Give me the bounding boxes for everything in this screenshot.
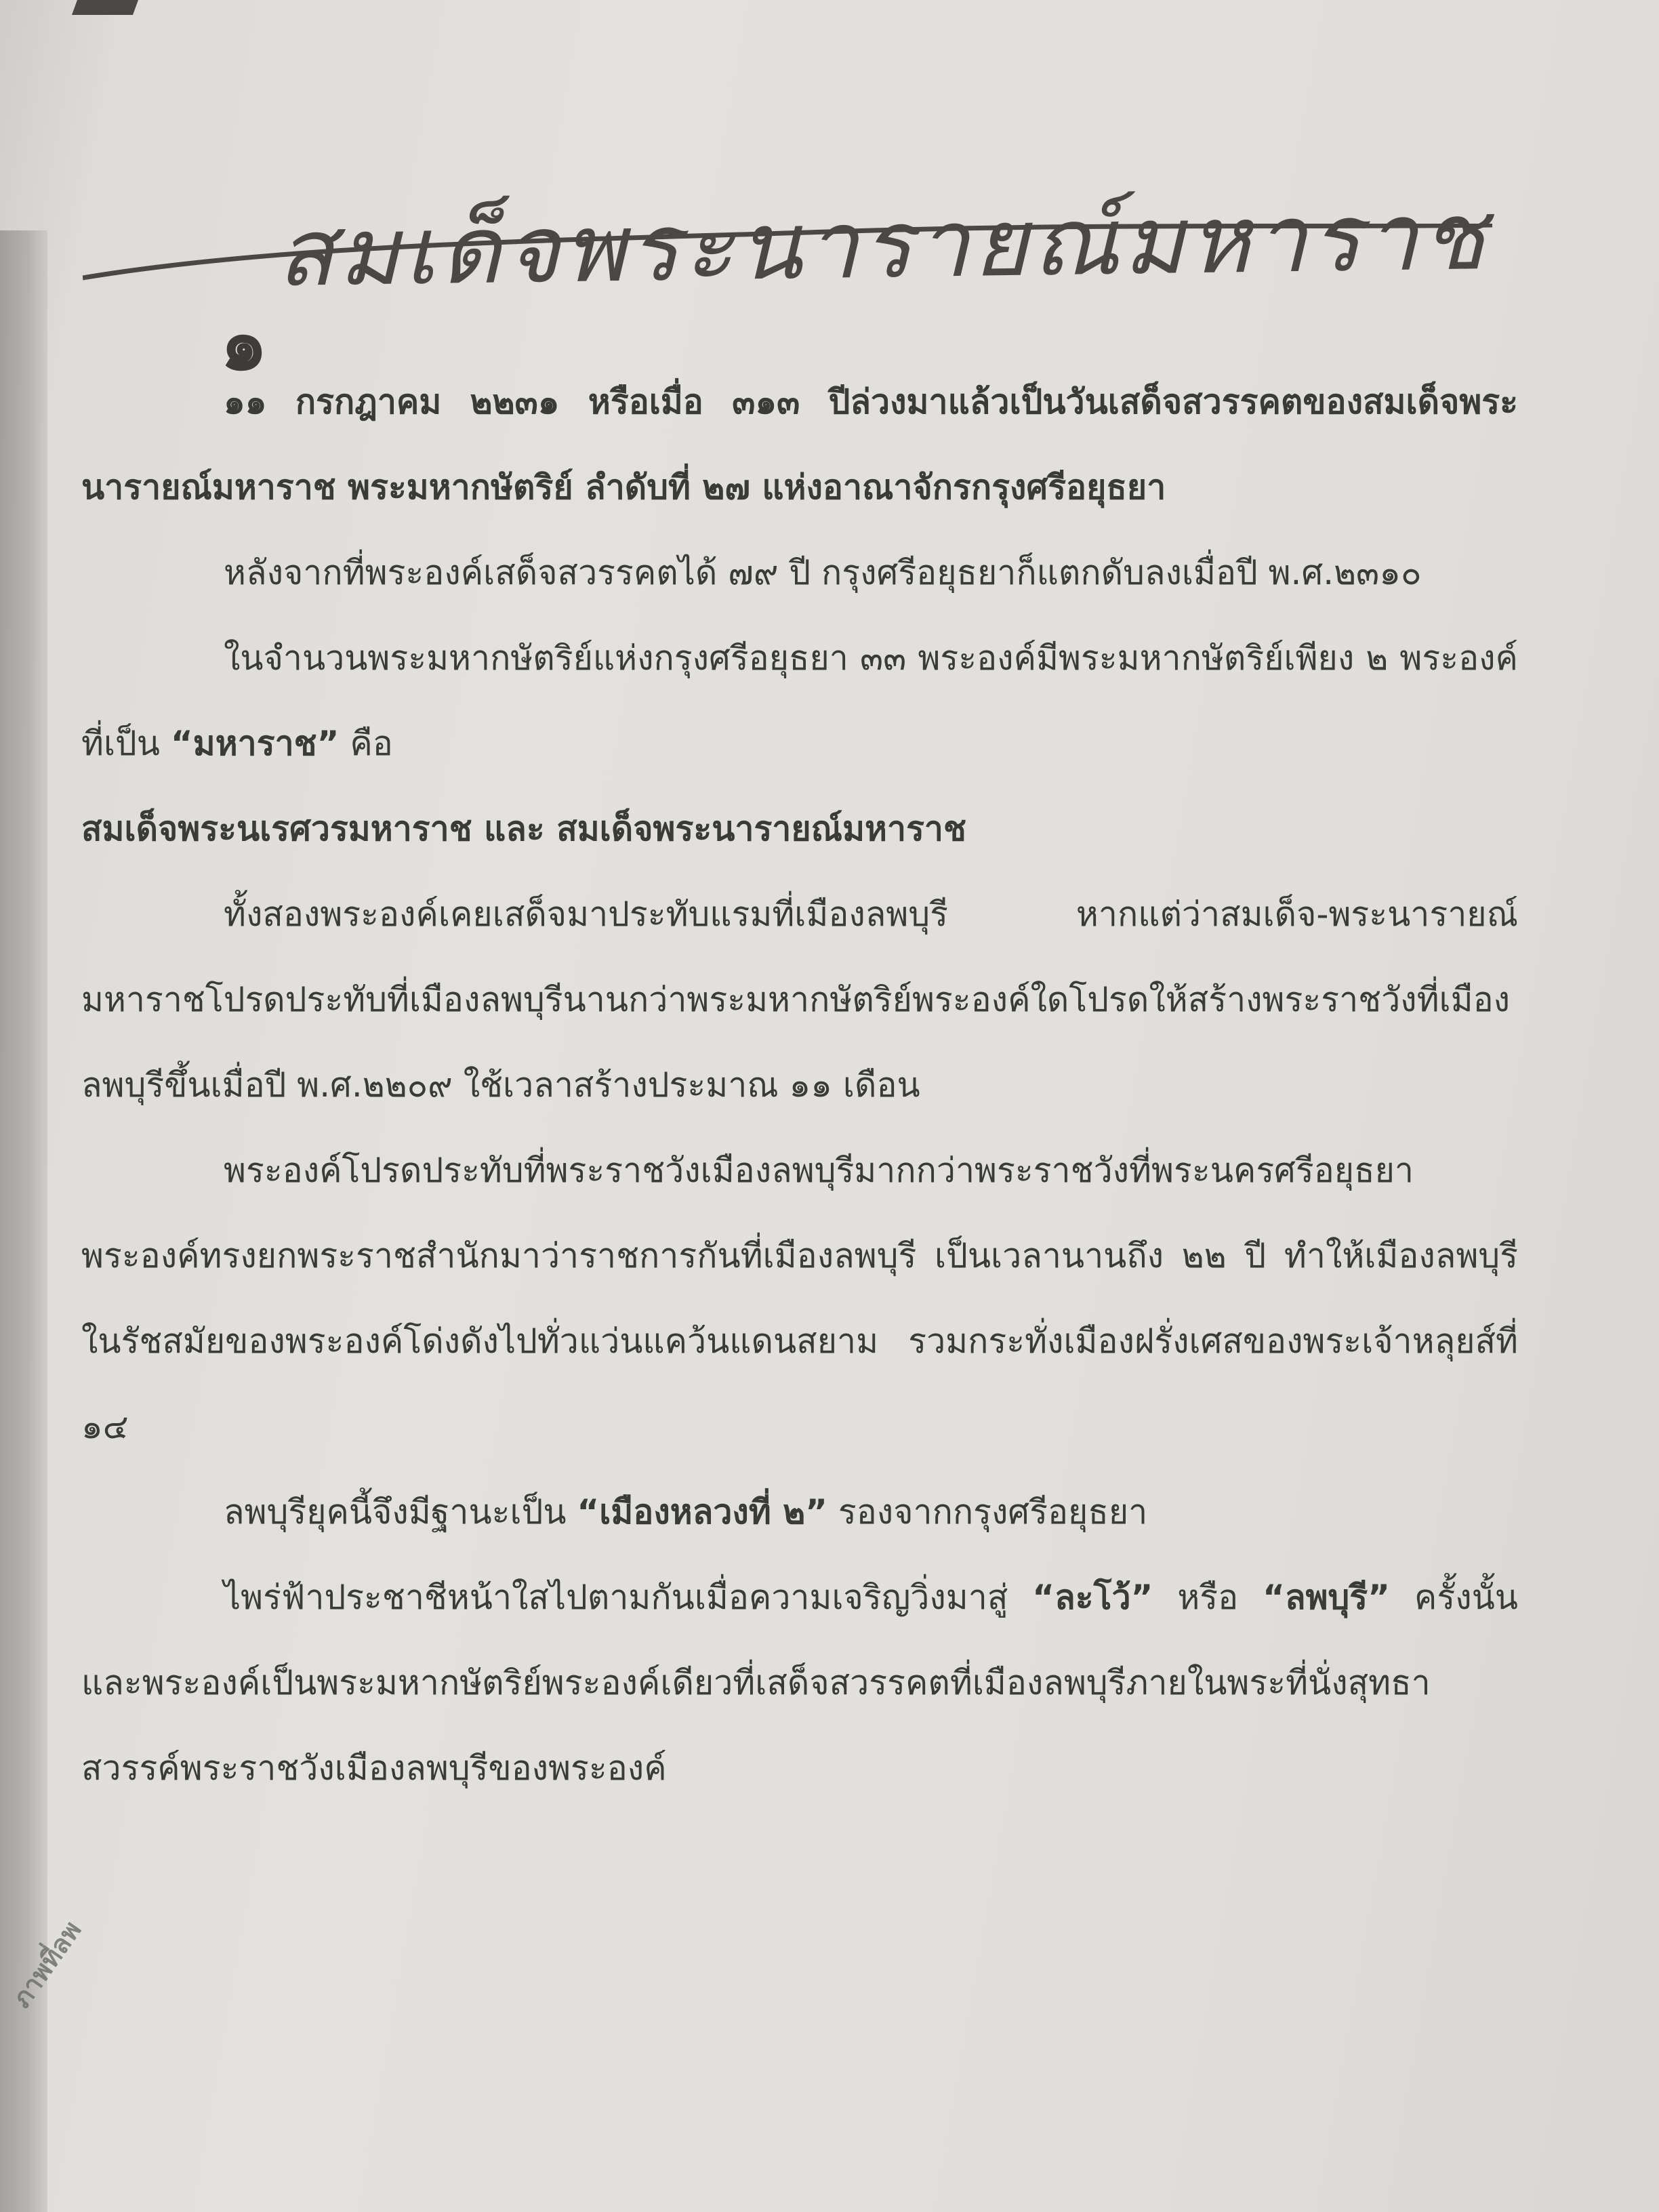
body-text: ๑๑ กรกฎาคม ๒๒๓๑ หรือเมื่อ ๓๑๓ ปีล่วงมาแล… [81,359,1518,1811]
emphasis-maharaj: “มหาราช” [171,724,340,763]
paragraph-ayutthaya-fall: หลังจากที่พระองค์เสด็จสวรรคตได้ ๗๙ ปี กร… [81,530,1518,615]
paragraph-text: คือ [339,724,392,763]
paragraph-text: ไพร่ฟ้าประชาชีหน้าใสไปตามกันเมื่อความเจร… [224,1578,1032,1617]
emphasis-second-capital: “เมืองหลวงที่ ๒” [577,1492,827,1532]
emphasis-lavo: “ละโว้” [1032,1578,1153,1617]
paragraph-text: หรือ [1153,1578,1263,1617]
book-page: ภาพที่ลพ สมเด็จพระนารายณ์มหาราช ๑ ๑๑ กรก… [0,0,1659,2212]
adjacent-page-corner [72,0,138,15]
paragraph-text: ลพบุรียุคนี้จึงมีฐานะเป็น [224,1492,577,1532]
paragraph-lopburi-palace: ทั้งสองพระองค์เคยเสด็จมาประทับแรมที่เมือ… [81,872,1518,1128]
paragraph-text: รองจากกรุงศรีอยุธยา [827,1492,1147,1532]
paragraph-second-capital: ลพบุรียุคนี้จึงมีฐานะเป็น “เมืองหลวงที่ … [81,1469,1518,1555]
adjacent-page-edge [0,230,47,2212]
paragraph-royal-court: พระองค์โปรดประทับที่พระราชวังเมืองลพบุรี… [81,1128,1518,1469]
chapter-title: สมเด็จพระนารายณ์มหาราช [276,161,1498,327]
emphasis-lopburi: “ลพบุรี” [1263,1578,1390,1617]
paragraph-two-great-kings: ในจำนวนพระมหากษัตริย์แห่งกรุงศรีอยุธยา ๓… [81,615,1518,786]
paragraph-lavo-prosperity: ไพร่ฟ้าประชาชีหน้าใสไปตามกันเมื่อความเจร… [81,1555,1518,1811]
paragraph-king-names: สมเด็จพระนเรศวรมหาราช และ สมเด็จพระนาราย… [81,786,1518,872]
paragraph-death-date: ๑๑ กรกฎาคม ๒๒๓๑ หรือเมื่อ ๓๑๓ ปีล่วงมาแล… [81,359,1518,530]
